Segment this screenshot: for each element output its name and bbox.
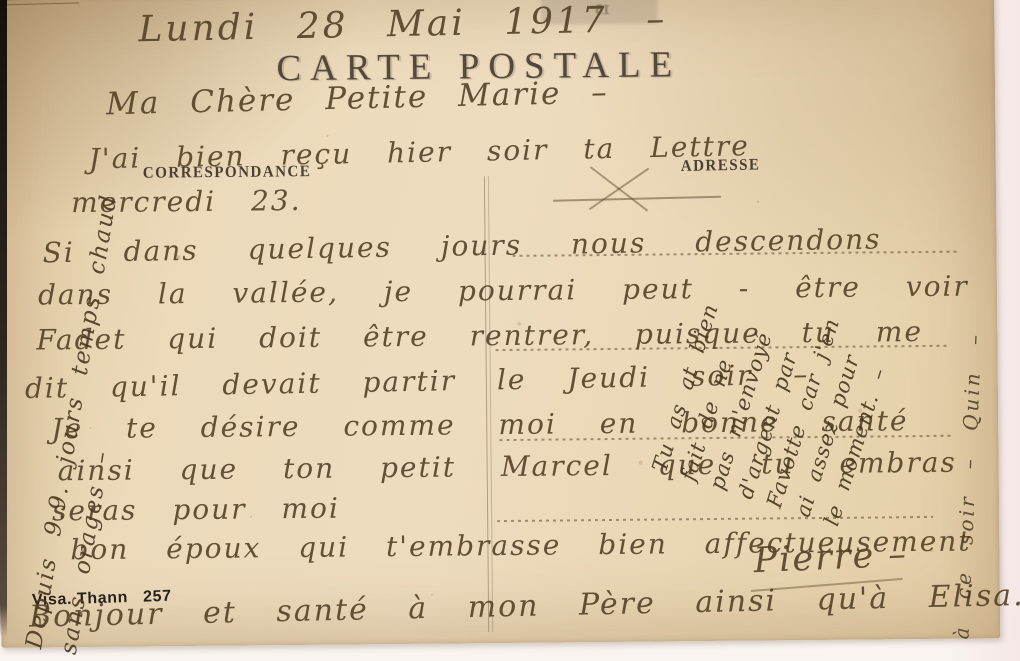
postcard: 15 CARTE POSTALE CORRESPONDANCE ADRESSE … [0, 0, 1000, 648]
postscript-line: Bonjour et santé à mon Père ainsi qu'à E… [29, 578, 1020, 635]
signature: Pierre – [753, 534, 909, 581]
letter-body-line: Si dans quelques jours nous descendons [42, 222, 881, 269]
scanner-edge-strip [0, 0, 7, 637]
salutation-line: Ma Chère Petite Marie – [106, 74, 609, 122]
scan-background: 15 CARTE POSTALE CORRESPONDANCE ADRESSE … [0, 0, 1020, 661]
address-dotted-rule [497, 516, 933, 522]
handwritten-date: Lundi 28 Mai 1917 – [138, 0, 668, 50]
letter-body-line: J'ai bien reçu hier soir ta Lettre [88, 129, 750, 175]
letter-body-line: dans la vallée, je pourrai peut - être v… [38, 270, 969, 312]
marie-underline-stroke [0, 0, 79, 6]
